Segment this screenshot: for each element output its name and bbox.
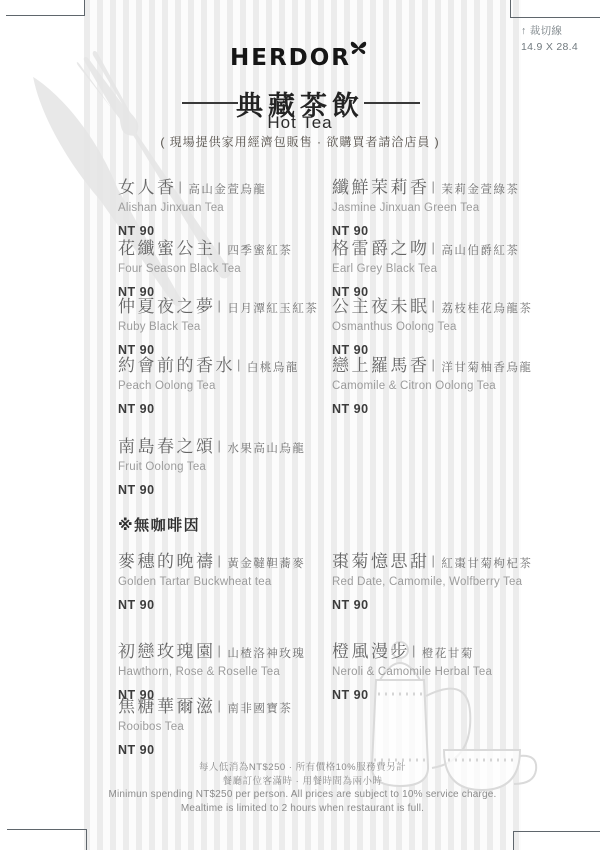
header-note: ( 現場提供家用經濟包販售 · 欲購買者請洽店員 ) bbox=[0, 133, 600, 150]
item-sub-zh: 白桃烏龍 bbox=[247, 362, 299, 374]
item-separator: | bbox=[432, 298, 438, 313]
menu-item-name-en: Earl Grey Black Tea bbox=[332, 262, 542, 276]
menu-item: 初戀玫瑰園|山楂洛神玫瑰 Hawthorn, Rose & Roselle Te… bbox=[118, 641, 328, 702]
menu-item: 仲夏夜之夢|日月潭紅玉紅茶 Ruby Black Tea NT 90 bbox=[118, 296, 328, 357]
menu-item: 焦糖華爾滋|南非國寶茶 Rooibos Tea NT 90 bbox=[118, 696, 328, 757]
footer-note-en-2: Mealtime is limited to 2 hours when rest… bbox=[85, 802, 520, 816]
menu-item-name-en: Jasmine Jinxuan Green Tea bbox=[332, 201, 542, 215]
menu-item-name-zh: 戀上羅馬香|洋甘菊柚香烏龍 bbox=[332, 355, 542, 378]
menu-item: 戀上羅馬香|洋甘菊柚香烏龍 Camomile & Citron Oolong T… bbox=[332, 355, 542, 416]
item-zh: 約會前的香水 bbox=[118, 356, 235, 375]
item-zh: 公主夜未眠 bbox=[332, 297, 430, 316]
menu-item-price: NT 90 bbox=[118, 598, 328, 612]
page-subtitle: Hot Tea bbox=[0, 113, 600, 133]
item-separator: | bbox=[218, 553, 224, 568]
menu-item-name-zh: 焦糖華爾滋|南非國寶茶 bbox=[118, 696, 328, 719]
item-sub-zh: 四季蜜紅茶 bbox=[227, 245, 292, 257]
item-zh: 初戀玫瑰園 bbox=[118, 642, 216, 661]
menu-item-name-en: Neroli & Camomile Herbal Tea bbox=[332, 665, 542, 679]
butterfly-icon bbox=[349, 39, 368, 56]
menu-item-name-zh: 南島春之頌|水果高山烏龍 bbox=[118, 436, 328, 459]
item-zh: 焦糖華爾滋 bbox=[118, 697, 216, 716]
menu-item: 花纖蜜公主|四季蜜紅茶 Four Season Black Tea NT 90 bbox=[118, 238, 328, 299]
menu-item-price: NT 90 bbox=[118, 402, 328, 416]
item-separator: | bbox=[432, 240, 438, 255]
menu-item-name-en: Rooibos Tea bbox=[118, 720, 328, 734]
menu-item-name-en: Red Date, Camomile, Wolfberry Tea bbox=[332, 575, 542, 589]
menu-item-name-en: Hawthorn, Rose & Roselle Tea bbox=[118, 665, 328, 679]
menu-item-price: NT 90 bbox=[332, 402, 542, 416]
crop-mark-top-right bbox=[510, 0, 511, 17]
crop-mark-top-left bbox=[84, 0, 85, 16]
item-separator: | bbox=[218, 240, 224, 255]
menu-item-name-en: Peach Oolong Tea bbox=[118, 379, 328, 393]
section-header-caffeine-free: ※無咖啡因 bbox=[118, 514, 200, 535]
item-zh: 格雷爵之吻 bbox=[332, 239, 430, 258]
item-sub-zh: 茉莉金萱綠茶 bbox=[441, 184, 519, 196]
item-zh: 纖鮮茉莉香 bbox=[332, 178, 430, 197]
crop-mark-top-left bbox=[6, 15, 84, 16]
crop-mark-top-right bbox=[510, 17, 600, 18]
crop-mark-bottom-right bbox=[513, 831, 514, 850]
item-sub-zh: 南非國寶茶 bbox=[227, 703, 292, 715]
item-zh: 仲夏夜之夢 bbox=[118, 297, 216, 316]
menu-item-name-zh: 初戀玫瑰園|山楂洛神玫瑰 bbox=[118, 641, 328, 664]
item-separator: | bbox=[432, 179, 438, 194]
item-zh: 花纖蜜公主 bbox=[118, 239, 216, 258]
item-zh: 麥穗的晚禱 bbox=[118, 552, 216, 571]
menu-item: 麥穗的晚禱|黃金韃靼蕎麥 Golden Tartar Buckwheat tea… bbox=[118, 551, 328, 612]
footer-notes: 每人低消為NT$250 · 所有價格10%服務費另計 餐廳訂位客滿時 · 用餐時… bbox=[85, 761, 520, 815]
crop-note-label: ↑ 裁切線 bbox=[521, 23, 578, 39]
footer-note-en-1: Minimun spending NT$250 per person. All … bbox=[85, 788, 520, 802]
item-sub-zh: 荔枝桂花烏龍茶 bbox=[441, 303, 532, 315]
menu-item-name-zh: 女人香|高山金萱烏龍 bbox=[118, 177, 328, 200]
menu-item-name-zh: 纖鮮茉莉香|茉莉金萱綠茶 bbox=[332, 177, 542, 200]
item-separator: | bbox=[179, 179, 185, 194]
menu-item-price: NT 90 bbox=[118, 224, 328, 238]
menu-item-name-zh: 約會前的香水|白桃烏龍 bbox=[118, 355, 328, 378]
menu-item-name-en: Fruit Oolong Tea bbox=[118, 460, 328, 474]
menu-item-name-en: Four Season Black Tea bbox=[118, 262, 328, 276]
item-sub-zh: 洋甘菊柚香烏龍 bbox=[441, 362, 532, 374]
item-zh: 女人香 bbox=[118, 178, 177, 197]
item-sub-zh: 水果高山烏龍 bbox=[227, 443, 305, 455]
item-separator: | bbox=[237, 357, 243, 372]
menu-item: 格雷爵之吻|高山伯爵紅茶 Earl Grey Black Tea NT 90 bbox=[332, 238, 542, 299]
item-sub-zh: 黃金韃靼蕎麥 bbox=[227, 558, 305, 570]
item-zh: 棗菊憶思甜 bbox=[332, 552, 430, 571]
crop-mark-bottom-right bbox=[513, 831, 600, 832]
menu-item-name-zh: 格雷爵之吻|高山伯爵紅茶 bbox=[332, 238, 542, 261]
item-separator: | bbox=[218, 298, 224, 313]
menu-item: 約會前的香水|白桃烏龍 Peach Oolong Tea NT 90 bbox=[118, 355, 328, 416]
menu-item-name-en: Ruby Black Tea bbox=[118, 320, 328, 334]
menu-item: 棗菊憶思甜|紅棗甘菊枸杞茶 Red Date, Camomile, Wolfbe… bbox=[332, 551, 542, 612]
menu-item: 橙風漫步|橙花甘菊 Neroli & Camomile Herbal Tea N… bbox=[332, 641, 542, 702]
item-zh: 橙風漫步 bbox=[332, 642, 410, 661]
menu-item-name-zh: 麥穗的晚禱|黃金韃靼蕎麥 bbox=[118, 551, 328, 574]
footer-note-zh-1: 每人低消為NT$250 · 所有價格10%服務費另計 bbox=[85, 761, 520, 775]
item-zh: 戀上羅馬香 bbox=[332, 356, 430, 375]
crop-mark-bottom-left bbox=[7, 829, 87, 830]
menu-item-price: NT 90 bbox=[118, 743, 328, 757]
menu-item-name-zh: 橙風漫步|橙花甘菊 bbox=[332, 641, 542, 664]
menu-item: 纖鮮茉莉香|茉莉金萱綠茶 Jasmine Jinxuan Green Tea N… bbox=[332, 177, 542, 238]
item-separator: | bbox=[218, 643, 224, 658]
item-separator: | bbox=[218, 698, 224, 713]
item-zh: 南島春之頌 bbox=[118, 437, 216, 456]
item-sub-zh: 日月潭紅玉紅茶 bbox=[227, 303, 318, 315]
brand-logo: HERDOR bbox=[0, 45, 600, 71]
item-sub-zh: 高山伯爵紅茶 bbox=[441, 245, 519, 257]
menu-item-name-zh: 仲夏夜之夢|日月潭紅玉紅茶 bbox=[118, 296, 328, 319]
crop-mark-bottom-left bbox=[86, 829, 87, 850]
menu-item-name-zh: 花纖蜜公主|四季蜜紅茶 bbox=[118, 238, 328, 261]
menu-item-price: NT 90 bbox=[332, 688, 542, 702]
menu-item-name-en: Osmanthus Oolong Tea bbox=[332, 320, 542, 334]
menu-item: 公主夜未眠|荔枝桂花烏龍茶 Osmanthus Oolong Tea NT 90 bbox=[332, 296, 542, 357]
brand-logo-text: HERDOR bbox=[230, 45, 351, 71]
item-separator: | bbox=[432, 357, 438, 372]
item-sub-zh: 橙花甘菊 bbox=[422, 648, 474, 660]
menu-item-name-zh: 公主夜未眠|荔枝桂花烏龍茶 bbox=[332, 296, 542, 319]
item-sub-zh: 高山金萱烏龍 bbox=[188, 184, 266, 196]
item-sub-zh: 山楂洛神玫瑰 bbox=[227, 648, 305, 660]
menu-item-price: NT 90 bbox=[332, 224, 542, 238]
menu-item-price: NT 90 bbox=[118, 483, 328, 497]
menu-item-name-en: Camomile & Citron Oolong Tea bbox=[332, 379, 542, 393]
item-separator: | bbox=[218, 438, 224, 453]
item-separator: | bbox=[412, 643, 418, 658]
menu-item-name-en: Golden Tartar Buckwheat tea bbox=[118, 575, 328, 589]
footer-note-zh-2: 餐廳訂位客滿時 · 用餐時間為兩小時 bbox=[85, 775, 520, 789]
menu-item: 女人香|高山金萱烏龍 Alishan Jinxuan Tea NT 90 bbox=[118, 177, 328, 238]
menu-item-name-zh: 棗菊憶思甜|紅棗甘菊枸杞茶 bbox=[332, 551, 542, 574]
menu-item: 南島春之頌|水果高山烏龍 Fruit Oolong Tea NT 90 bbox=[118, 436, 328, 497]
item-sub-zh: 紅棗甘菊枸杞茶 bbox=[441, 558, 532, 570]
menu-item-price: NT 90 bbox=[332, 598, 542, 612]
item-separator: | bbox=[432, 553, 438, 568]
menu-item-name-en: Alishan Jinxuan Tea bbox=[118, 201, 328, 215]
